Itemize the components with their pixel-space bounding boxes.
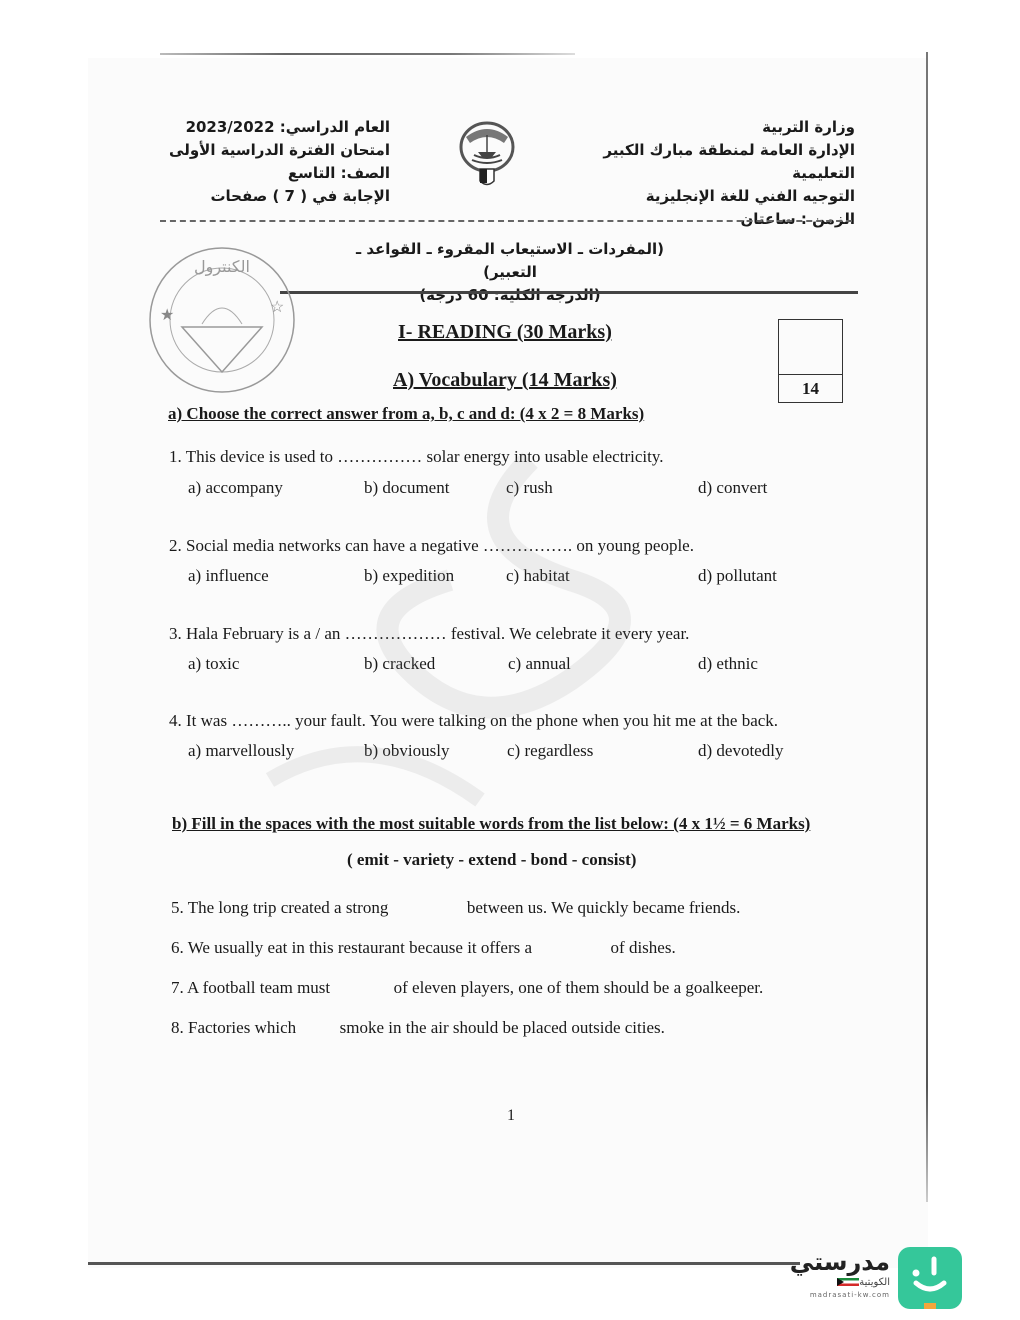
directorate-line: الإدارة العامة لمنطقة مبارك الكبير التعل…: [545, 139, 855, 185]
logo-name: مدرستي: [800, 1248, 890, 1276]
madrasati-logo-text: مدرستي الكويتية madrasati-kw.com: [800, 1248, 890, 1300]
academic-year-line: العام الدراسي: 2023/2022: [160, 116, 390, 139]
watermark-scribble-icon: [150, 420, 750, 840]
logo-sub-text: الكويتية: [859, 1277, 890, 1288]
sentence-6: 6. We usually eat in this restaurant bec…: [171, 938, 676, 958]
sentence-5-end: between us. We quickly became friends.: [467, 898, 741, 917]
score-max-value: 14: [779, 375, 842, 403]
bottom-border-line: [88, 1262, 800, 1265]
total-grade-line: (الدرجة الكلية: 60 درجة): [340, 284, 680, 307]
sentence-8: 8. Factories which smoke in the air shou…: [171, 1018, 665, 1038]
svg-text:☆: ☆: [270, 299, 284, 316]
sentence-5-start: 5. The long trip created a strong: [171, 898, 388, 917]
exam-period-line: امتحان الفترة الدراسية الأولى: [160, 139, 390, 162]
sentence-6-start: 6. We usually eat in this restaurant bec…: [171, 938, 532, 957]
subjects-block: (المفردات ـ الاستيعاب المقروء ـ القواعد …: [340, 238, 680, 307]
department-line: التوجيه الفني للغة الإنجليزية: [545, 185, 855, 208]
sentence-7-end: of eleven players, one of them should be…: [394, 978, 764, 997]
grade-line: الصف: التاسع: [160, 162, 390, 185]
logo-url: madrasati-kw.com: [800, 1290, 890, 1300]
pages-count-line: الإجابة في ( 7 ) صفحات: [160, 185, 390, 208]
madrasati-logo-icon[interactable]: [898, 1247, 962, 1309]
control-stamp-icon: ★ ☆ الكنترول: [140, 232, 310, 402]
sentence-8-end: smoke in the air should be placed outsid…: [340, 1018, 665, 1037]
section-title: I- READING (30 Marks): [398, 321, 612, 344]
sentence-7: 7. A football team must of eleven player…: [171, 978, 763, 998]
score-box: 14: [778, 319, 843, 403]
subjects-line: (المفردات ـ الاستيعاب المقروء ـ القواعد …: [340, 238, 680, 284]
sentence-6-end: of dishes.: [611, 938, 676, 957]
exam-info-header: العام الدراسي: 2023/2022 امتحان الفترة ا…: [160, 116, 390, 208]
kuwait-flag-icon: [837, 1278, 859, 1286]
logo-sub: الكويتية: [800, 1276, 890, 1290]
smile-icon: [898, 1247, 962, 1309]
svg-text:★: ★: [160, 307, 174, 324]
page-number: 1: [507, 1107, 515, 1125]
kuwait-emblem-icon: [452, 117, 522, 189]
sentence-7-start: 7. A football team must: [171, 978, 330, 997]
ministry-line: وزارة التربية: [545, 116, 855, 139]
top-border-line: [160, 53, 575, 55]
sentence-5: 5. The long trip created a strong betwee…: [171, 898, 740, 918]
sentence-8-start: 8. Factories which: [171, 1018, 296, 1037]
svg-text:الكنترول: الكنترول: [194, 257, 250, 277]
score-entry-cell[interactable]: [779, 320, 842, 375]
right-border-line: [926, 52, 928, 1202]
header-rule: [280, 291, 858, 294]
ministry-header: وزارة التربية الإدارة العامة لمنطقة مبار…: [545, 116, 855, 231]
header-divider: [160, 220, 852, 222]
word-list: ( emit - variety - extend - bond - consi…: [347, 850, 636, 870]
section-subtitle: A) Vocabulary (14 Marks): [393, 369, 617, 392]
